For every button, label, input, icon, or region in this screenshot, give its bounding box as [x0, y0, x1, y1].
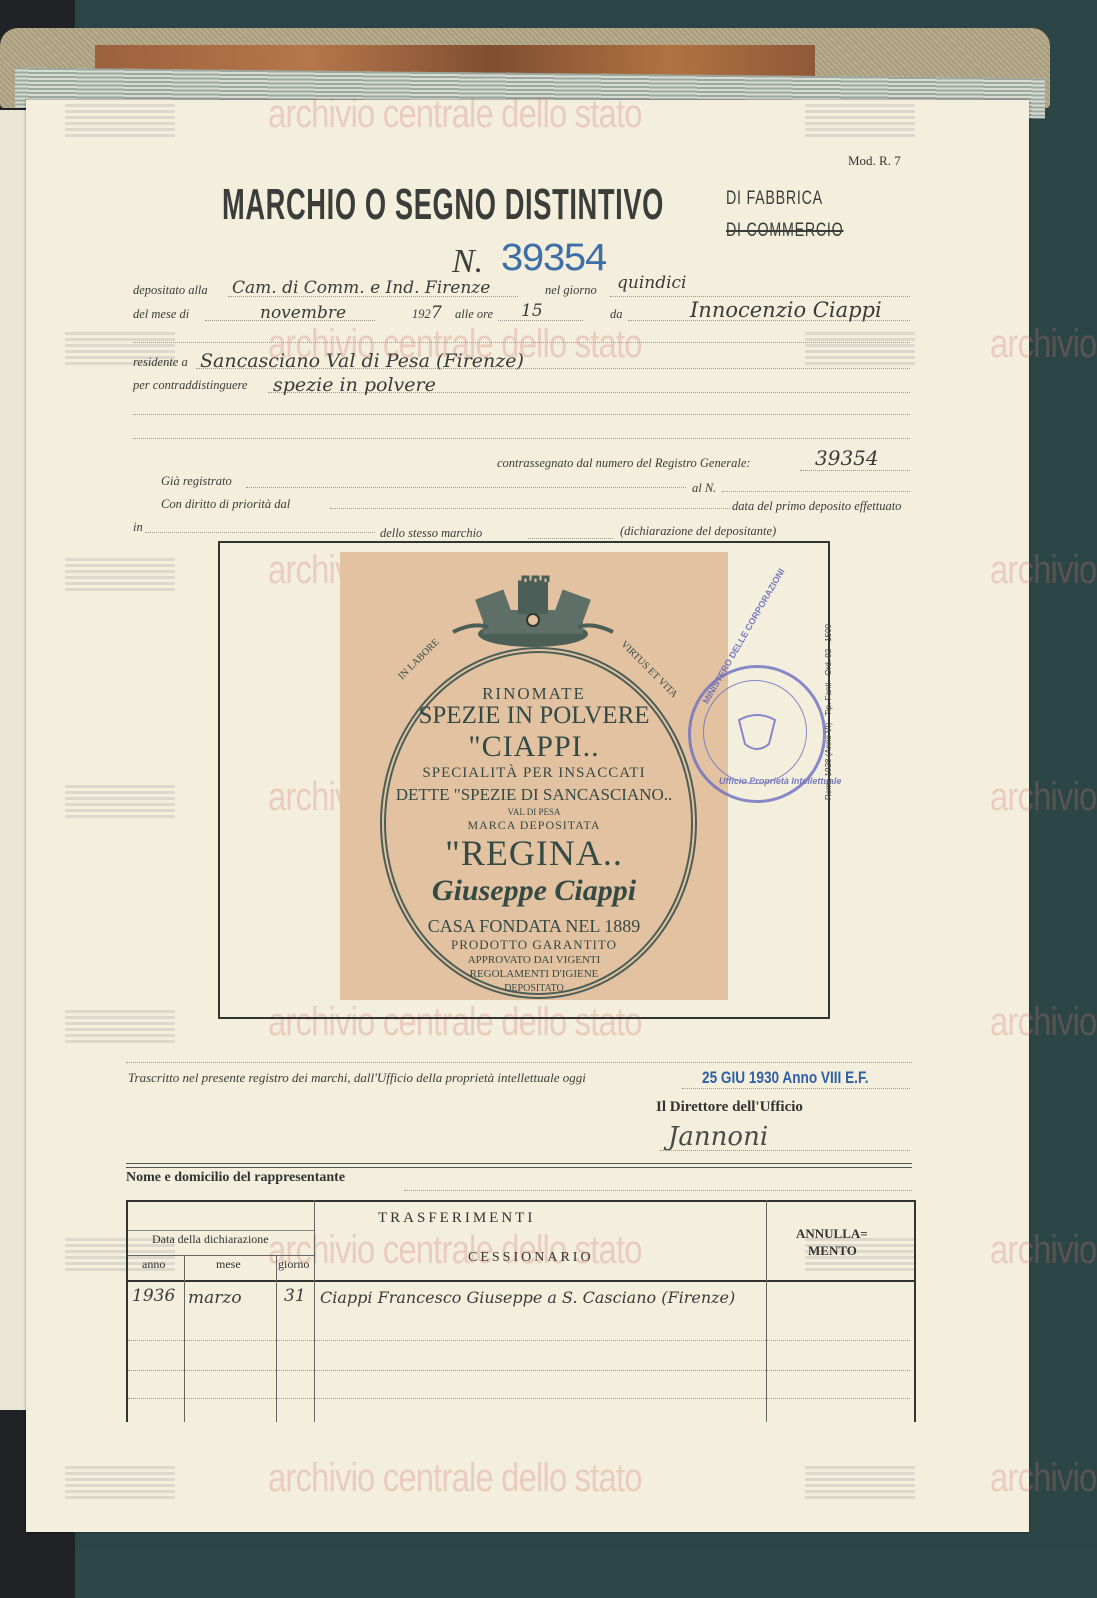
watermark-logo: [65, 1466, 175, 1500]
residente-label: residente a: [133, 355, 188, 370]
transcription-date-stamp: 25 GIU 1930 Anno VIII E.F.: [702, 1068, 869, 1088]
watermark-logo: [65, 1010, 175, 1044]
number-label: N.: [452, 243, 483, 281]
section-divider: [126, 1163, 912, 1168]
office-value: Cam. di Comm. e Ind. Firenze: [232, 278, 490, 298]
label-line-marca: MARCA DEPOSITATA: [340, 818, 728, 833]
trademark-number-stamp: 39354: [500, 238, 605, 283]
in-label: in: [133, 520, 143, 535]
depositor-value: Innocenzio Ciappi: [690, 298, 882, 322]
watermark-logo: [805, 1466, 915, 1500]
watermark-logo: [65, 785, 175, 819]
document-title: MARCHIO O SEGNO DISTINTIVO: [222, 180, 664, 230]
gia-registrato-label: Già registrato: [161, 474, 232, 489]
label-line-spezie: SPEZIE IN POLVERE: [340, 702, 728, 730]
col-cessionario: CESSIONARIO: [468, 1250, 594, 1266]
label-line-regolamenti: REGOLAMENTI D'IGIENE: [340, 968, 728, 980]
label-line-depositato: DEPOSITATO: [340, 983, 728, 994]
residence-value: Sancasciano Val di Pesa (Firenze): [200, 350, 524, 372]
label-line-regina: "REGINA..: [340, 832, 728, 874]
col-mese: mese: [216, 1257, 241, 1272]
facing-page-edge: [0, 110, 29, 1410]
watermark-logo: [65, 104, 175, 138]
data-primo-deposito-label: data del primo deposito effettuato: [732, 499, 901, 514]
per-contraddistinguere-label: per contraddistinguere: [133, 378, 247, 393]
registro-generale-label: contrassegnato dal numero del Registro G…: [497, 456, 751, 471]
book-cover-bottom: [75, 1550, 1097, 1598]
depositato-label: depositato alla: [133, 283, 208, 298]
label-line-casa-fondata: CASA FONDATA NEL 1889: [340, 916, 728, 937]
label-line-prodotto: PRODOTTO GARANTITO: [340, 937, 728, 953]
cell-anno: 1936: [132, 1286, 175, 1306]
transcription-label: Trascritto nel presente registro dei mar…: [128, 1070, 586, 1086]
director-label: Il Direttore dell'Ufficio: [656, 1099, 803, 1116]
eagle-emblem-icon: [731, 706, 783, 758]
label-line-dette: DETTE "SPEZIE DI SANCASCIANO..: [340, 785, 728, 805]
cell-mese: marzo: [188, 1288, 242, 1308]
director-signature: Jannoni: [668, 1122, 768, 1152]
ore-label: alle ore: [455, 307, 493, 322]
ore-value: 15: [521, 301, 543, 321]
col-anno: anno: [142, 1257, 165, 1272]
printer-note: Roma 1928 (Anno VI) - Tip. Fanti - Ord. …: [824, 624, 833, 800]
cell-cessionario: Ciappi Francesco Giuseppe a S. Casciano …: [320, 1288, 735, 1307]
label-line-specialita: SPECIALITÀ PER INSACCATI: [340, 765, 728, 782]
label-line-rinomate: RINOMATE: [340, 684, 728, 704]
al-n-label: al N.: [692, 481, 716, 496]
seal-bottom-text: Ufficio Proprietà Intellettuale: [719, 776, 841, 786]
watermark-logo: [65, 558, 175, 592]
col-giorno: giorno: [278, 1257, 309, 1272]
giorno-value: quindici: [617, 273, 687, 293]
label-line-approvato: APPROVATO DAI VIGENTI: [340, 954, 728, 966]
watermark-logo: [805, 332, 915, 366]
date-group-header: Data della dichiarazione: [152, 1232, 269, 1247]
table-title: TRASFERIMENTI: [378, 1210, 535, 1227]
trademark-specimen-image: IN LABORE VIRTUS ET VITA RINOMATE SPEZIE…: [340, 552, 728, 1000]
product-value: spezie in polvere: [273, 374, 436, 396]
year-digit: 7: [431, 303, 442, 323]
mese-value: novembre: [260, 303, 346, 323]
label-line-giuseppe-ciappi: Giuseppe Ciappi: [340, 874, 728, 908]
cell-giorno: 31: [284, 1286, 306, 1306]
representative-label: Nome e domicilio del rappresentante: [126, 1170, 345, 1186]
col-annullamento-2: MENTO: [808, 1243, 857, 1259]
type-option-fabbrica: DI FABBRICA: [726, 188, 823, 210]
watermark-logo: [805, 104, 915, 138]
type-option-commercio-struck: DI COMMERCIO: [726, 220, 843, 242]
label-line-ciappi: "CIAPPI..: [340, 730, 728, 764]
transfers-table: TRASFERIMENTI Data della dichiarazione a…: [126, 1200, 916, 1422]
label-line-val-di-pesa: VAL DI PESA: [340, 807, 728, 817]
priorita-label: Con diritto di priorità dal: [161, 497, 290, 512]
year-prefix: 192: [412, 307, 431, 322]
form-code: Mod. R. 7: [848, 153, 901, 169]
mese-label: del mese di: [133, 307, 189, 322]
registro-generale-value: 39354: [815, 446, 879, 470]
col-annullamento-1: ANNULLA=: [796, 1226, 868, 1242]
da-label: da: [610, 307, 623, 322]
giorno-label: nel giorno: [545, 283, 597, 298]
stesso-marchio-label: dello stesso marchio: [380, 526, 482, 541]
ministry-seal-stamp: MINISTERO DELLE CORPORAZIONI Ufficio Pro…: [688, 665, 826, 803]
dichiarazione-label: (dichiarazione del depositante): [620, 524, 776, 539]
